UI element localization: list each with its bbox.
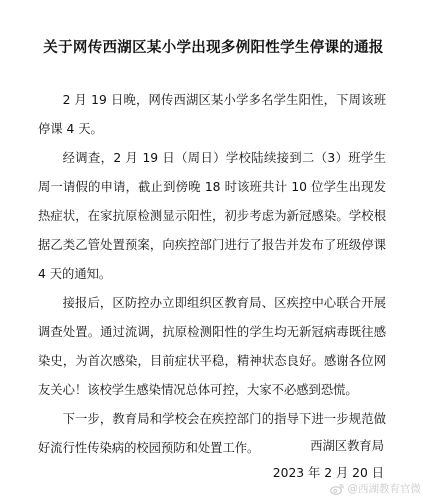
weibo-icon xyxy=(330,483,345,495)
paragraph-1: 2 月 19 日晚，网传西湖区某小学多名学生阳性，下周该班停课 4 天。 xyxy=(38,86,386,144)
signature-organization: 西湖区教育局 xyxy=(310,436,384,454)
paragraph-4: 下一步，教育局和学校会在疾控部门的指导下进一步规范做好流行性传染病的校园预防和处… xyxy=(38,405,386,463)
paragraph-2: 经调查，2 月 19 日（周日）学校陆续接到二（3）班学生周一请假的申请，截止到… xyxy=(38,144,386,289)
watermark-text: @西湖教育官微 xyxy=(348,481,422,496)
watermark: @西湖教育官微 xyxy=(330,481,422,496)
document-body: 2 月 19 日晚，网传西湖区某小学多名学生阳性，下周该班停课 4 天。 经调查… xyxy=(38,86,386,463)
signature-date: 2023 年 2 月 20 日 xyxy=(273,463,384,481)
paragraph-3: 接报后，区防控办立即组织区教育局、区疾控中心联合开展调查处置。通过流调，抗原检测… xyxy=(38,289,386,405)
document-title: 关于网传西湖区某小学出现多例阳性学生停课的通报 xyxy=(0,36,427,57)
